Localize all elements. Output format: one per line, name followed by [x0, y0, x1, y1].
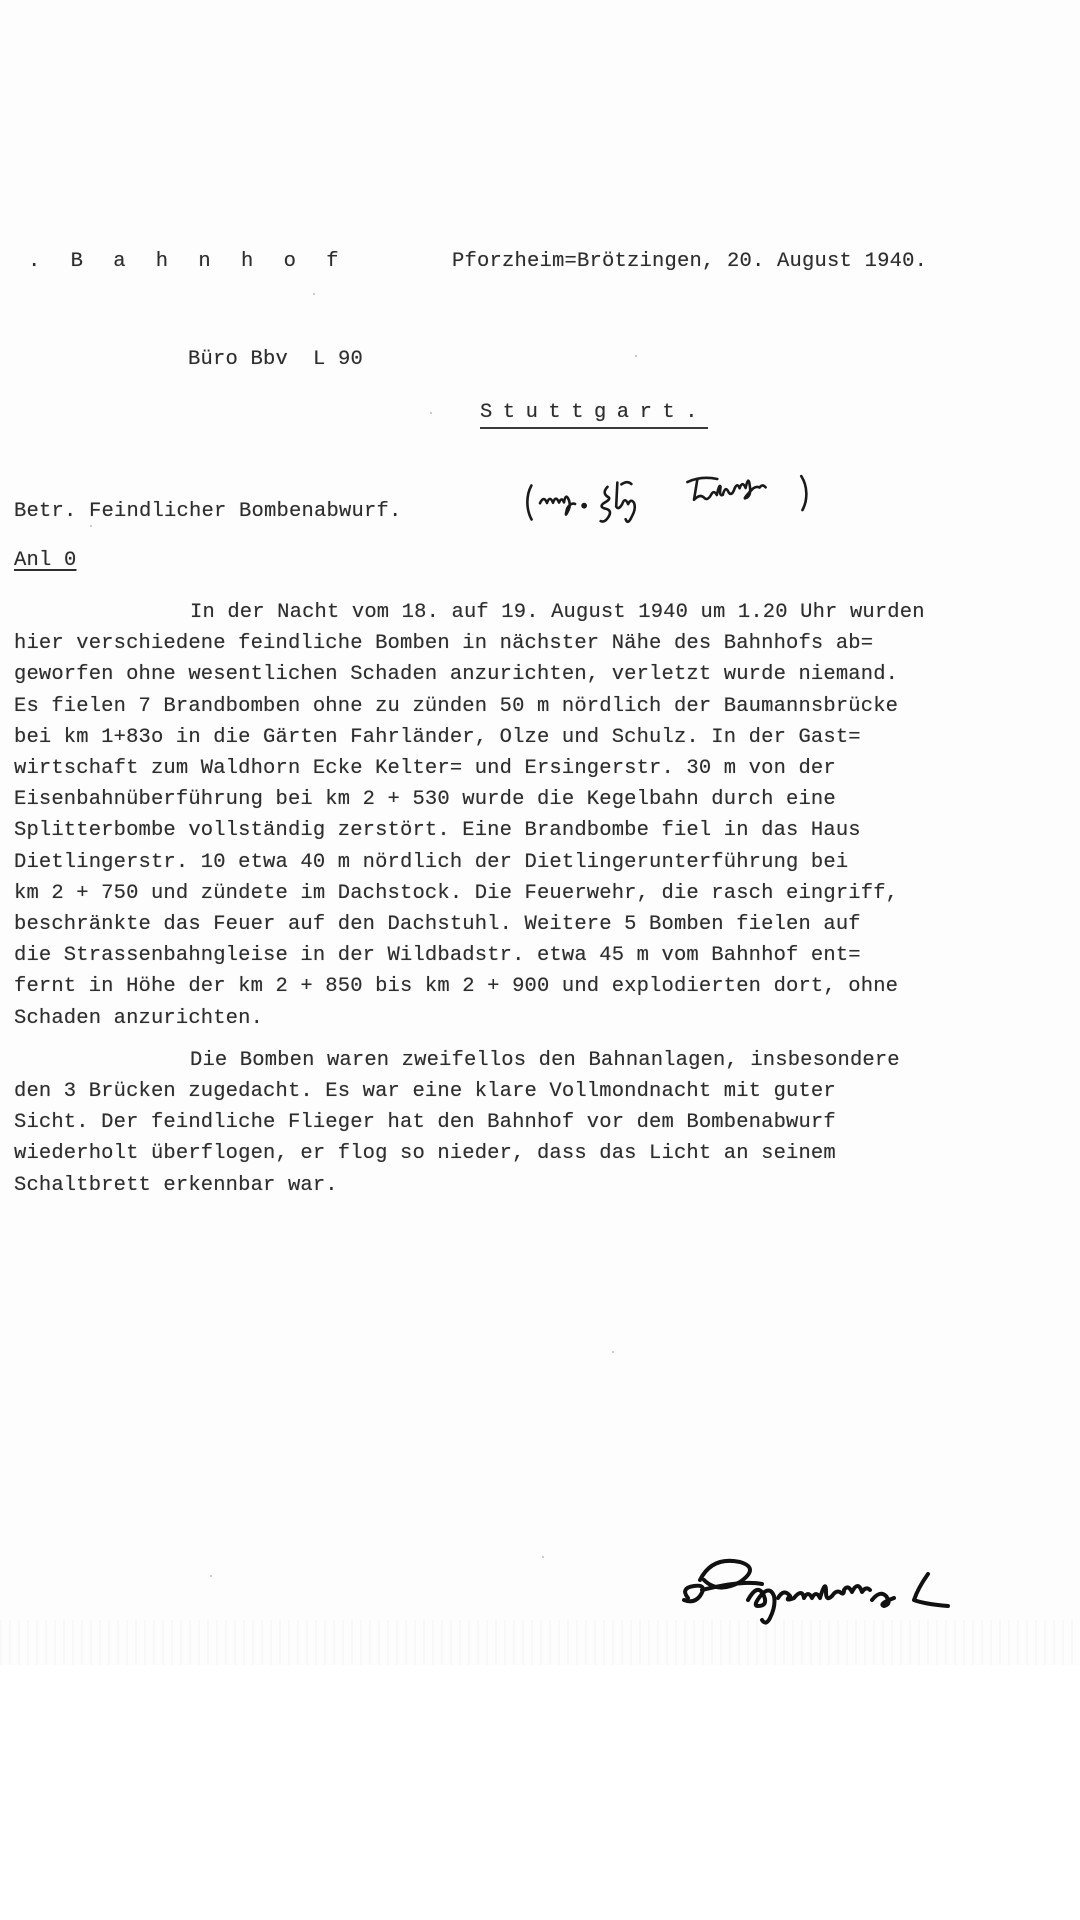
scan-speck — [313, 293, 315, 295]
body-line: bei km 1+83o in die Gärten Fahrländer, O… — [14, 728, 861, 749]
body-line: Es fielen 7 Brandbomben ohne zu zünden 5… — [14, 697, 898, 718]
body-line: wirtschaft zum Waldhorn Ecke Kelter= und… — [14, 759, 836, 780]
body-line: geworfen ohne wesentlichen Schaden anzur… — [14, 665, 898, 686]
recipient-line: Stuttgart. — [480, 403, 708, 429]
handwritten-annotation-glyphs — [521, 465, 843, 528]
scan-edge-noise — [0, 1620, 1080, 1665]
scan-speck — [430, 412, 432, 414]
scan-speck — [210, 1575, 212, 1577]
subject-line: Betr. Feindlicher Bombenabwurf. — [14, 502, 402, 523]
scanned-letter-page: . B a h n h o f Pforzheim=Brötzingen, 20… — [0, 0, 1080, 1665]
scan-speck — [542, 1556, 544, 1558]
paragraph-first-line: Die Bomben waren zweifellos den Bahnanla… — [190, 1051, 900, 1072]
body-line: km 2 + 750 und zündete im Dachstock. Die… — [14, 884, 898, 905]
body-line: wiederholt überflogen, er flog so nieder… — [14, 1144, 836, 1165]
body-line: den 3 Brücken zugedacht. Es war eine kla… — [14, 1082, 836, 1103]
body-line: Schaden anzurichten. — [14, 1009, 263, 1030]
scan-speck — [90, 525, 92, 527]
annex-line: Anl 0 — [14, 551, 77, 572]
scan-speck — [635, 355, 637, 357]
sender-heading: . B a h n h o f — [28, 252, 348, 273]
body-line: hier verschiedene feindliche Bomben in n… — [14, 634, 873, 655]
place-and-date: Pforzheim=Brötzingen, 20. August 1940. — [452, 252, 927, 273]
body-line: Schaltbrett erkennbar war. — [14, 1176, 338, 1197]
scan-speck — [612, 1351, 614, 1353]
signature-glyph — [640, 1540, 1000, 1630]
body-line: beschränkte das Feuer auf den Dachstuhl.… — [14, 915, 861, 936]
handwritten-annotation — [478, 434, 844, 568]
signature — [640, 1540, 1000, 1630]
office-reference: Büro Bbv L 90 — [188, 350, 363, 371]
body-line: Sicht. Der feindliche Flieger hat den Ba… — [14, 1113, 836, 1134]
body-line: Splitterbombe vollständig zerstört. Eine… — [14, 821, 861, 842]
body-line: die Strassenbahngleise in der Wildbadstr… — [14, 946, 861, 967]
body-line: fernt in Höhe der km 2 + 850 bis km 2 + … — [14, 977, 898, 998]
body-line: Dietlingerstr. 10 etwa 40 m nördlich der… — [14, 853, 848, 874]
body-line: Eisenbahnüberführung bei km 2 + 530 wurd… — [14, 790, 836, 811]
paragraph-first-line: In der Nacht vom 18. auf 19. August 1940… — [190, 603, 925, 624]
